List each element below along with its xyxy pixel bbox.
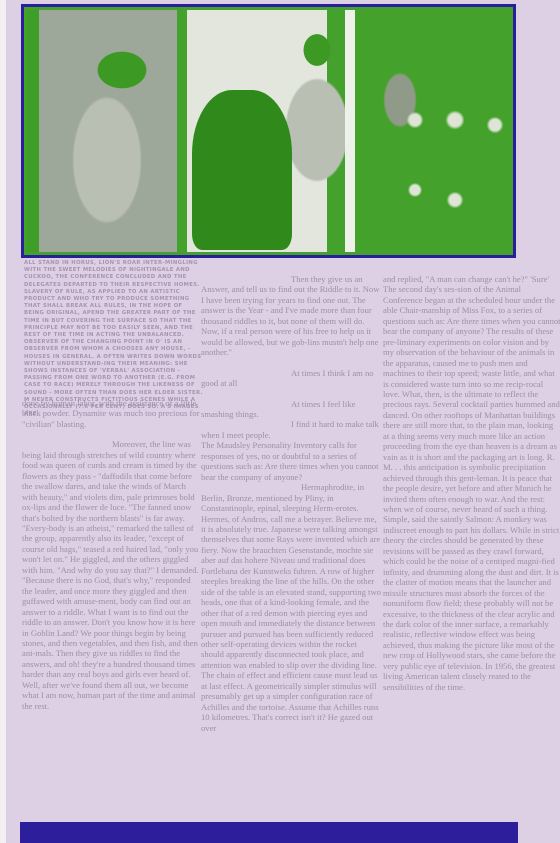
paragraph: At times I feel like smashing things. xyxy=(201,399,381,420)
photo-caption: All stand in horus, Lion's roar inter-mi… xyxy=(24,260,204,418)
paragraph: Then they give us an Answer, and tell us… xyxy=(201,274,381,358)
photo-wheels xyxy=(355,10,510,252)
paragraph: Hermaphrodite, in Berlin, Bronze, mentio… xyxy=(201,482,381,733)
paragraph: At times I think I am no good at all xyxy=(201,368,381,389)
paragraph: done by human labor, with the assistance… xyxy=(22,398,200,429)
photo-divider xyxy=(345,10,355,252)
paragraph: I find it hard to make talk when I meet … xyxy=(201,419,381,440)
paragraph: and replied, "A man can change can't he?… xyxy=(383,274,560,692)
text-column-3: and replied, "A man can change can't he?… xyxy=(383,274,560,692)
photo-workers-machinery xyxy=(27,10,345,252)
photo-frame xyxy=(21,4,516,258)
bottom-color-bar xyxy=(20,822,518,843)
magazine-page: All stand in horus, Lion's roar inter-mi… xyxy=(6,0,560,843)
paragraph: The Maudsley Personality Inventory calls… xyxy=(201,440,381,482)
paragraph: Moreover, the line was being laid throug… xyxy=(22,439,200,711)
text-column-2: Then they give us an Answer, and tell us… xyxy=(201,274,381,733)
text-column-1: done by human labor, with the assistance… xyxy=(22,398,200,711)
